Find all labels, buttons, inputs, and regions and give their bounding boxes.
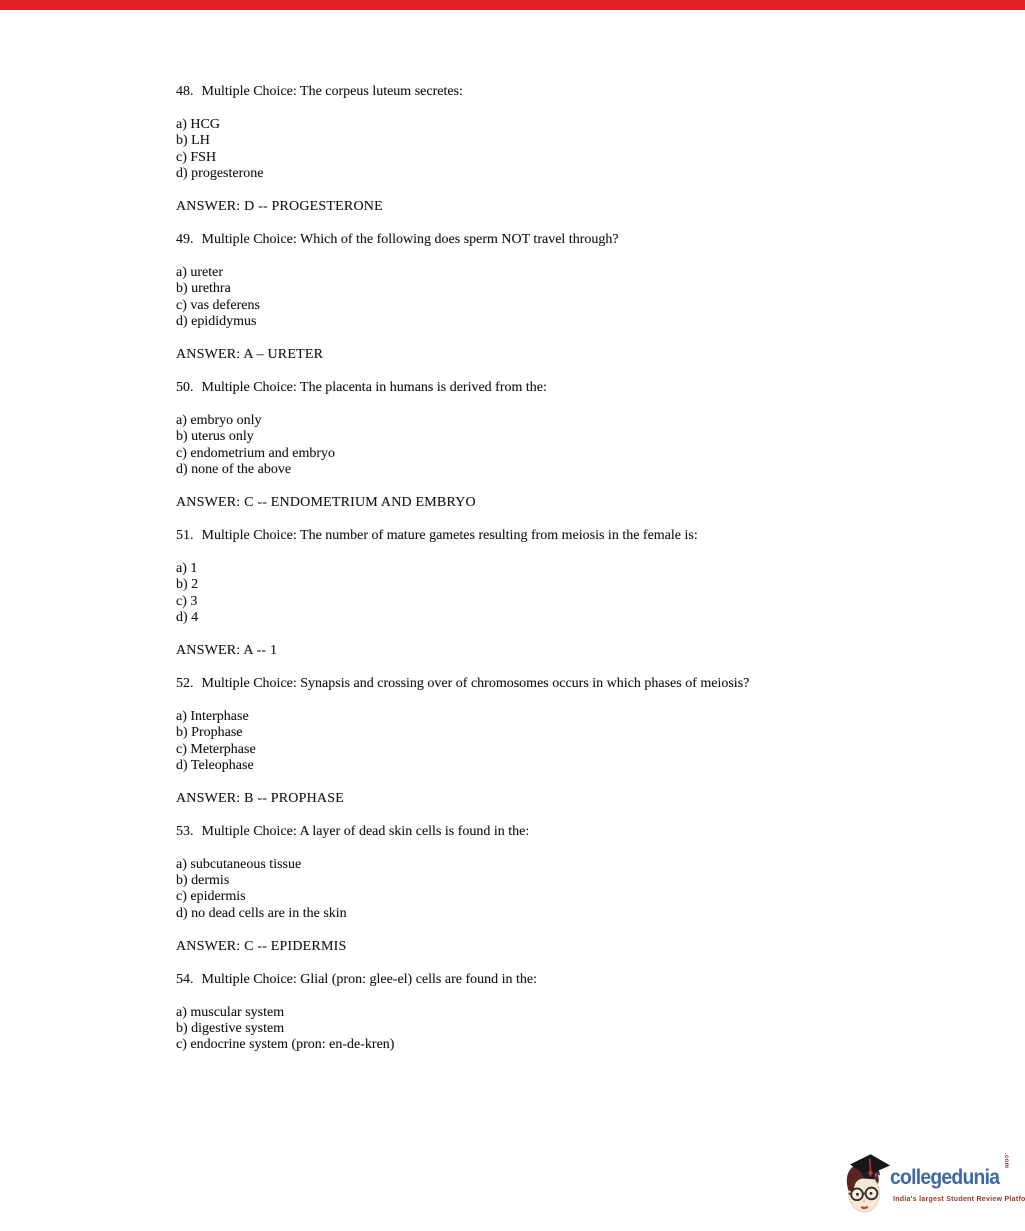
option-line: c) endocrine system (pron: en-de-kren) [176,1037,976,1053]
option-line: a) HCG [176,117,976,133]
question-prompt: Multiple Choice: Synapsis and crossing o… [202,676,750,691]
option-line: c) endometrium and embryo [176,446,976,462]
answer-line: ANSWER: B -- PROPHASE [176,791,976,807]
option-line: d) 4 [176,610,976,626]
answer-line: ANSWER: A – URETER [176,347,976,363]
brand-text: collegedunia [890,1166,999,1190]
question-prompt: Multiple Choice: The number of mature ga… [202,528,698,543]
question-prompt: Multiple Choice: Which of the following … [202,232,619,247]
option-line: b) urethra [176,281,976,297]
option-line: d) no dead cells are in the skin [176,906,976,922]
option-line: b) LH [176,133,976,149]
top-red-bar [0,0,1025,10]
option-line: b) Prophase [176,725,976,741]
question-prompt: Multiple Choice: Glial (pron: glee-el) c… [202,972,538,987]
collegedunia-logo: collegedunia .com India's largest Studen… [836,1148,1025,1226]
option-line: b) digestive system [176,1021,976,1037]
question-heading: 54.Multiple Choice: Glial (pron: glee-el… [176,972,976,988]
question-prompt: Multiple Choice: A layer of dead skin ce… [202,824,530,839]
question-prompt: Multiple Choice: The placenta in humans … [202,380,547,395]
brand-tagline: India's largest Student Review Platform [893,1196,1025,1203]
question-heading: 50.Multiple Choice: The placenta in huma… [176,380,976,396]
option-line: c) Meterphase [176,742,976,758]
question-49: 49.Multiple Choice: Which of the followi… [176,232,976,364]
answer-line: ANSWER: D -- PROGESTERONE [176,199,976,215]
option-line: c) vas deferens [176,298,976,314]
question-heading: 53.Multiple Choice: A layer of dead skin… [176,824,976,840]
option-line: a) 1 [176,561,976,577]
question-heading: 48.Multiple Choice: The corpeus luteum s… [176,84,976,100]
question-52: 52.Multiple Choice: Synapsis and crossin… [176,676,976,808]
collegedunia-mascot-icon [836,1150,892,1220]
brand-suffix: .com [1003,1153,1009,1168]
question-number: 50. [176,380,194,396]
option-line: a) embryo only [176,413,976,429]
option-line: a) ureter [176,265,976,281]
option-line: d) none of the above [176,462,976,478]
option-line: b) dermis [176,873,976,889]
option-line: c) epidermis [176,889,976,905]
option-line: c) FSH [176,150,976,166]
option-line: c) 3 [176,594,976,610]
question-number: 49. [176,232,194,248]
document-body: 48.Multiple Choice: The corpeus luteum s… [176,84,976,1054]
option-line: d) epididymus [176,314,976,330]
option-line: d) progesterone [176,166,976,182]
option-line: a) subcutaneous tissue [176,857,976,873]
question-number: 54. [176,972,194,988]
question-heading: 49.Multiple Choice: Which of the followi… [176,232,976,248]
option-line: a) Interphase [176,709,976,725]
question-prompt: Multiple Choice: The corpeus luteum secr… [202,84,463,99]
question-heading: 51.Multiple Choice: The number of mature… [176,528,976,544]
question-53: 53.Multiple Choice: A layer of dead skin… [176,824,976,956]
answer-line: ANSWER: A -- 1 [176,643,976,659]
question-number: 52. [176,676,194,692]
question-50: 50.Multiple Choice: The placenta in huma… [176,380,976,512]
question-54: 54.Multiple Choice: Glial (pron: glee-el… [176,972,976,1054]
question-number: 53. [176,824,194,840]
question-51: 51.Multiple Choice: The number of mature… [176,528,976,660]
option-line: a) muscular system [176,1005,976,1021]
question-48: 48.Multiple Choice: The corpeus luteum s… [176,84,976,216]
question-number: 48. [176,84,194,100]
answer-line: ANSWER: C -- ENDOMETRIUM AND EMBRYO [176,495,976,511]
question-heading: 52.Multiple Choice: Synapsis and crossin… [176,676,976,692]
option-line: d) Teleophase [176,758,976,774]
answer-line: ANSWER: C -- EPIDERMIS [176,939,976,955]
option-line: b) uterus only [176,429,976,445]
brand-row: collegedunia [890,1166,1009,1190]
option-line: b) 2 [176,577,976,593]
question-number: 51. [176,528,194,544]
